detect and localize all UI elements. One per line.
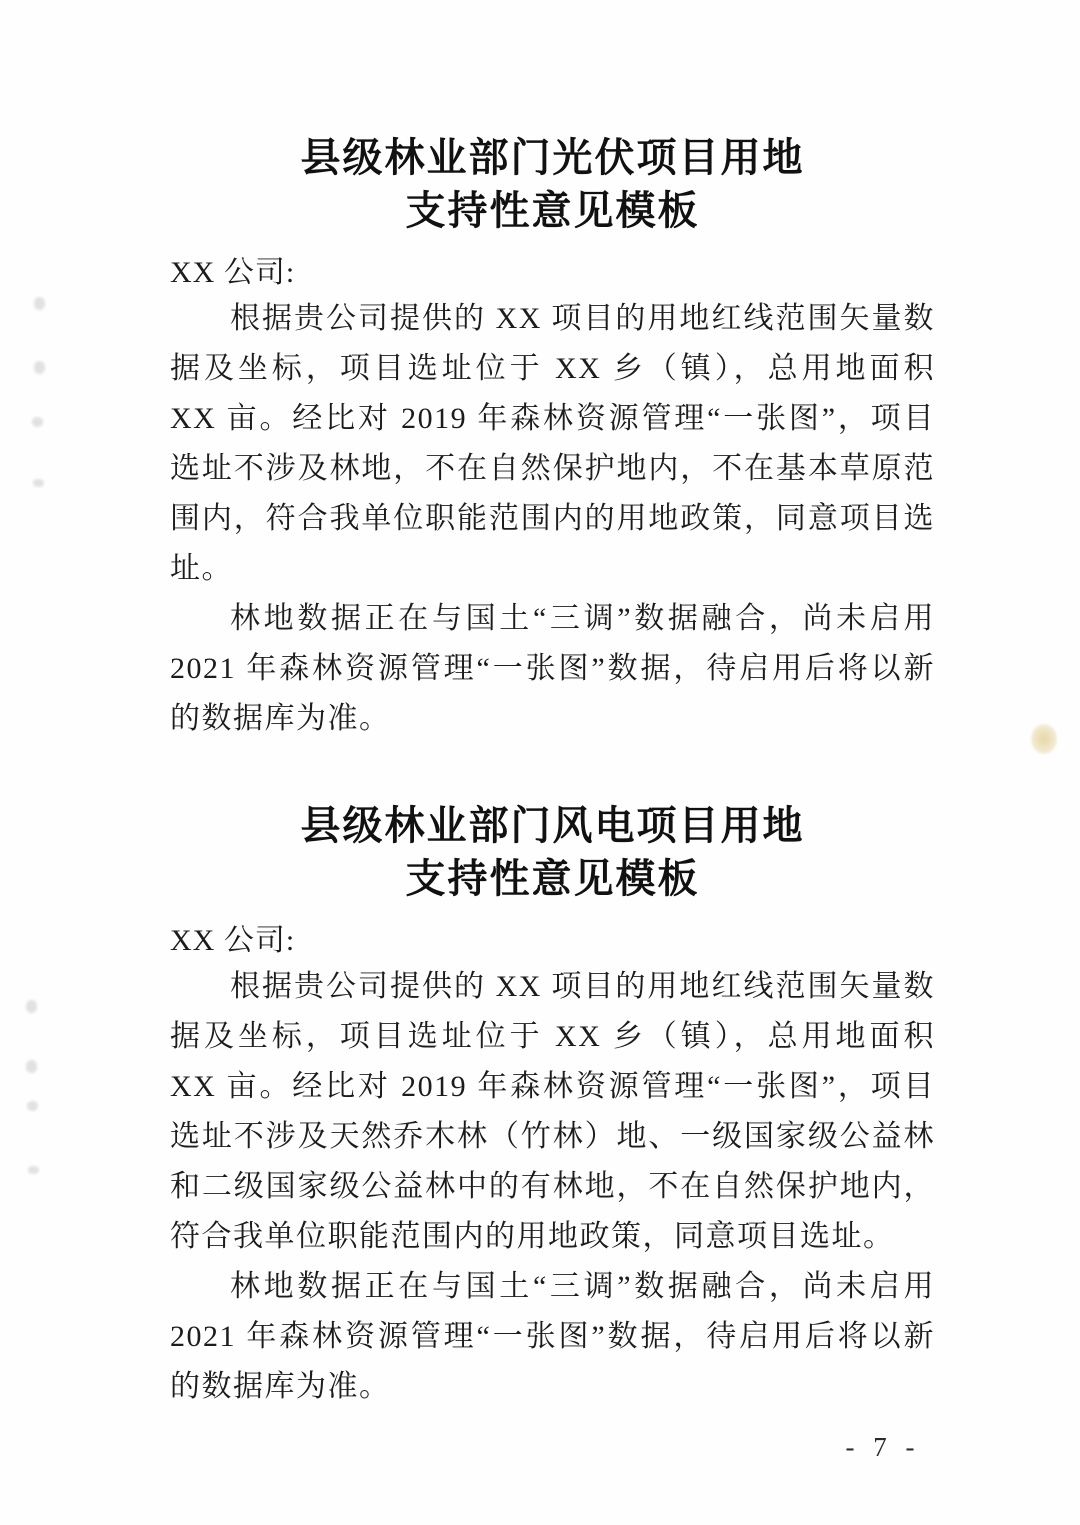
scan-smudge <box>34 361 45 374</box>
wind-section-title-line-1: 县级林业部门风电项目用地 <box>170 800 935 853</box>
wind-paragraph-1: 根据贵公司提供的 XX 项目的用地红线范围矢量数据及坐标，项目选址位于 XX 乡… <box>170 962 935 1262</box>
scan-smudge <box>28 1166 39 1174</box>
pv-paragraph-1: 根据贵公司提供的 XX 项目的用地红线范围矢量数据及坐标，项目选址位于 XX 乡… <box>170 294 935 594</box>
scan-smudge <box>34 297 45 310</box>
scan-stain <box>1031 724 1057 754</box>
scan-smudge <box>26 1000 37 1013</box>
wind-salutation: XX 公司: <box>170 920 935 962</box>
pv-salutation: XX 公司: <box>170 252 935 294</box>
pv-paragraph-2: 林地数据正在与国土“三调”数据融合，尚未启用 2021 年森林资源管理“一张图”… <box>170 594 935 744</box>
section-divider-space <box>170 744 935 800</box>
pv-section-title-line-2: 支持性意见模板 <box>170 185 935 238</box>
page-number: - 7 - <box>838 1432 928 1463</box>
pv-section-title: 县级林业部门光伏项目用地 支持性意见模板 <box>170 132 935 238</box>
section-wind-project-opinion: 县级林业部门风电项目用地 支持性意见模板 XX 公司: 根据贵公司提供的 XX … <box>170 800 935 1412</box>
wind-paragraph-2: 林地数据正在与国土“三调”数据融合，尚未启用 2021 年森林资源管理“一张图”… <box>170 1262 935 1412</box>
scan-smudge <box>26 1060 37 1073</box>
scan-smudge <box>27 1101 38 1111</box>
pv-section-title-line-1: 县级林业部门光伏项目用地 <box>170 132 935 185</box>
section-pv-project-opinion: 县级林业部门光伏项目用地 支持性意见模板 XX 公司: 根据贵公司提供的 XX … <box>170 132 935 744</box>
wind-section-title: 县级林业部门风电项目用地 支持性意见模板 <box>170 800 935 906</box>
scan-smudge <box>33 479 44 487</box>
wind-section-title-line-2: 支持性意见模板 <box>170 853 935 906</box>
document-page: 县级林业部门光伏项目用地 支持性意见模板 XX 公司: 根据贵公司提供的 XX … <box>0 0 1080 1525</box>
scan-smudge <box>32 417 43 427</box>
